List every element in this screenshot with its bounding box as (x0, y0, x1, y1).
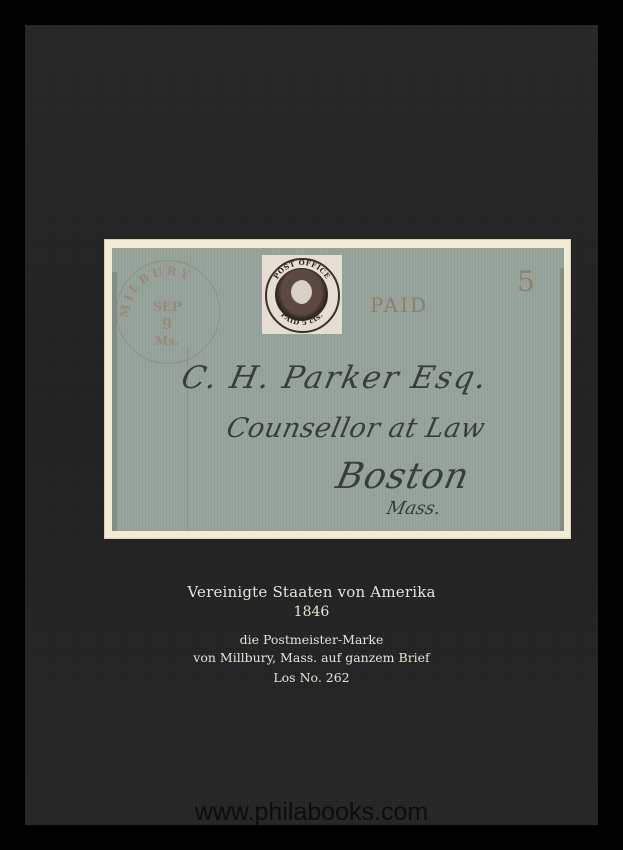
postmark-day: 9 (147, 315, 187, 333)
caption-description: von Millbury, Mass. auf ganzem Brief (25, 650, 598, 665)
address-line-3: Boston (333, 456, 474, 497)
svg-text:PAID 5 cts.: PAID 5 cts. (279, 310, 325, 327)
address-line-2: Counsellor at Law (224, 413, 488, 444)
caption-title: Vereinigte Staaten von Amerika (25, 583, 598, 601)
fold-right (560, 268, 564, 531)
book-cover: MILBURY SEP 9 Ms. POST (25, 25, 598, 825)
caption-year: 1846 (25, 604, 598, 620)
postmaster-stamp: POST OFFICE PAID 5 cts. (262, 255, 342, 334)
caption-lot-number: Los No. 262 (25, 670, 598, 685)
paid-handstamp: PAID (370, 293, 428, 317)
photo-frame: MILBURY SEP 9 Ms. POST (105, 240, 570, 538)
postmark-month: SEP (147, 300, 187, 315)
postmark-state: Ms. (147, 334, 187, 348)
caption-subtitle: die Postmeister-Marke (25, 632, 598, 647)
svg-text:POST OFFICE: POST OFFICE (272, 258, 333, 281)
stamp-ring-text: POST OFFICE PAID 5 cts. (262, 255, 342, 334)
address-line-4: Mass. (385, 498, 443, 519)
letter-cover-image: MILBURY SEP 9 Ms. POST (112, 248, 564, 531)
watermark-url: www.philabooks.com (0, 798, 623, 827)
address-line-1: C. H. Parker Esq. (178, 360, 492, 396)
rate-handstamp: 5 (517, 265, 535, 298)
